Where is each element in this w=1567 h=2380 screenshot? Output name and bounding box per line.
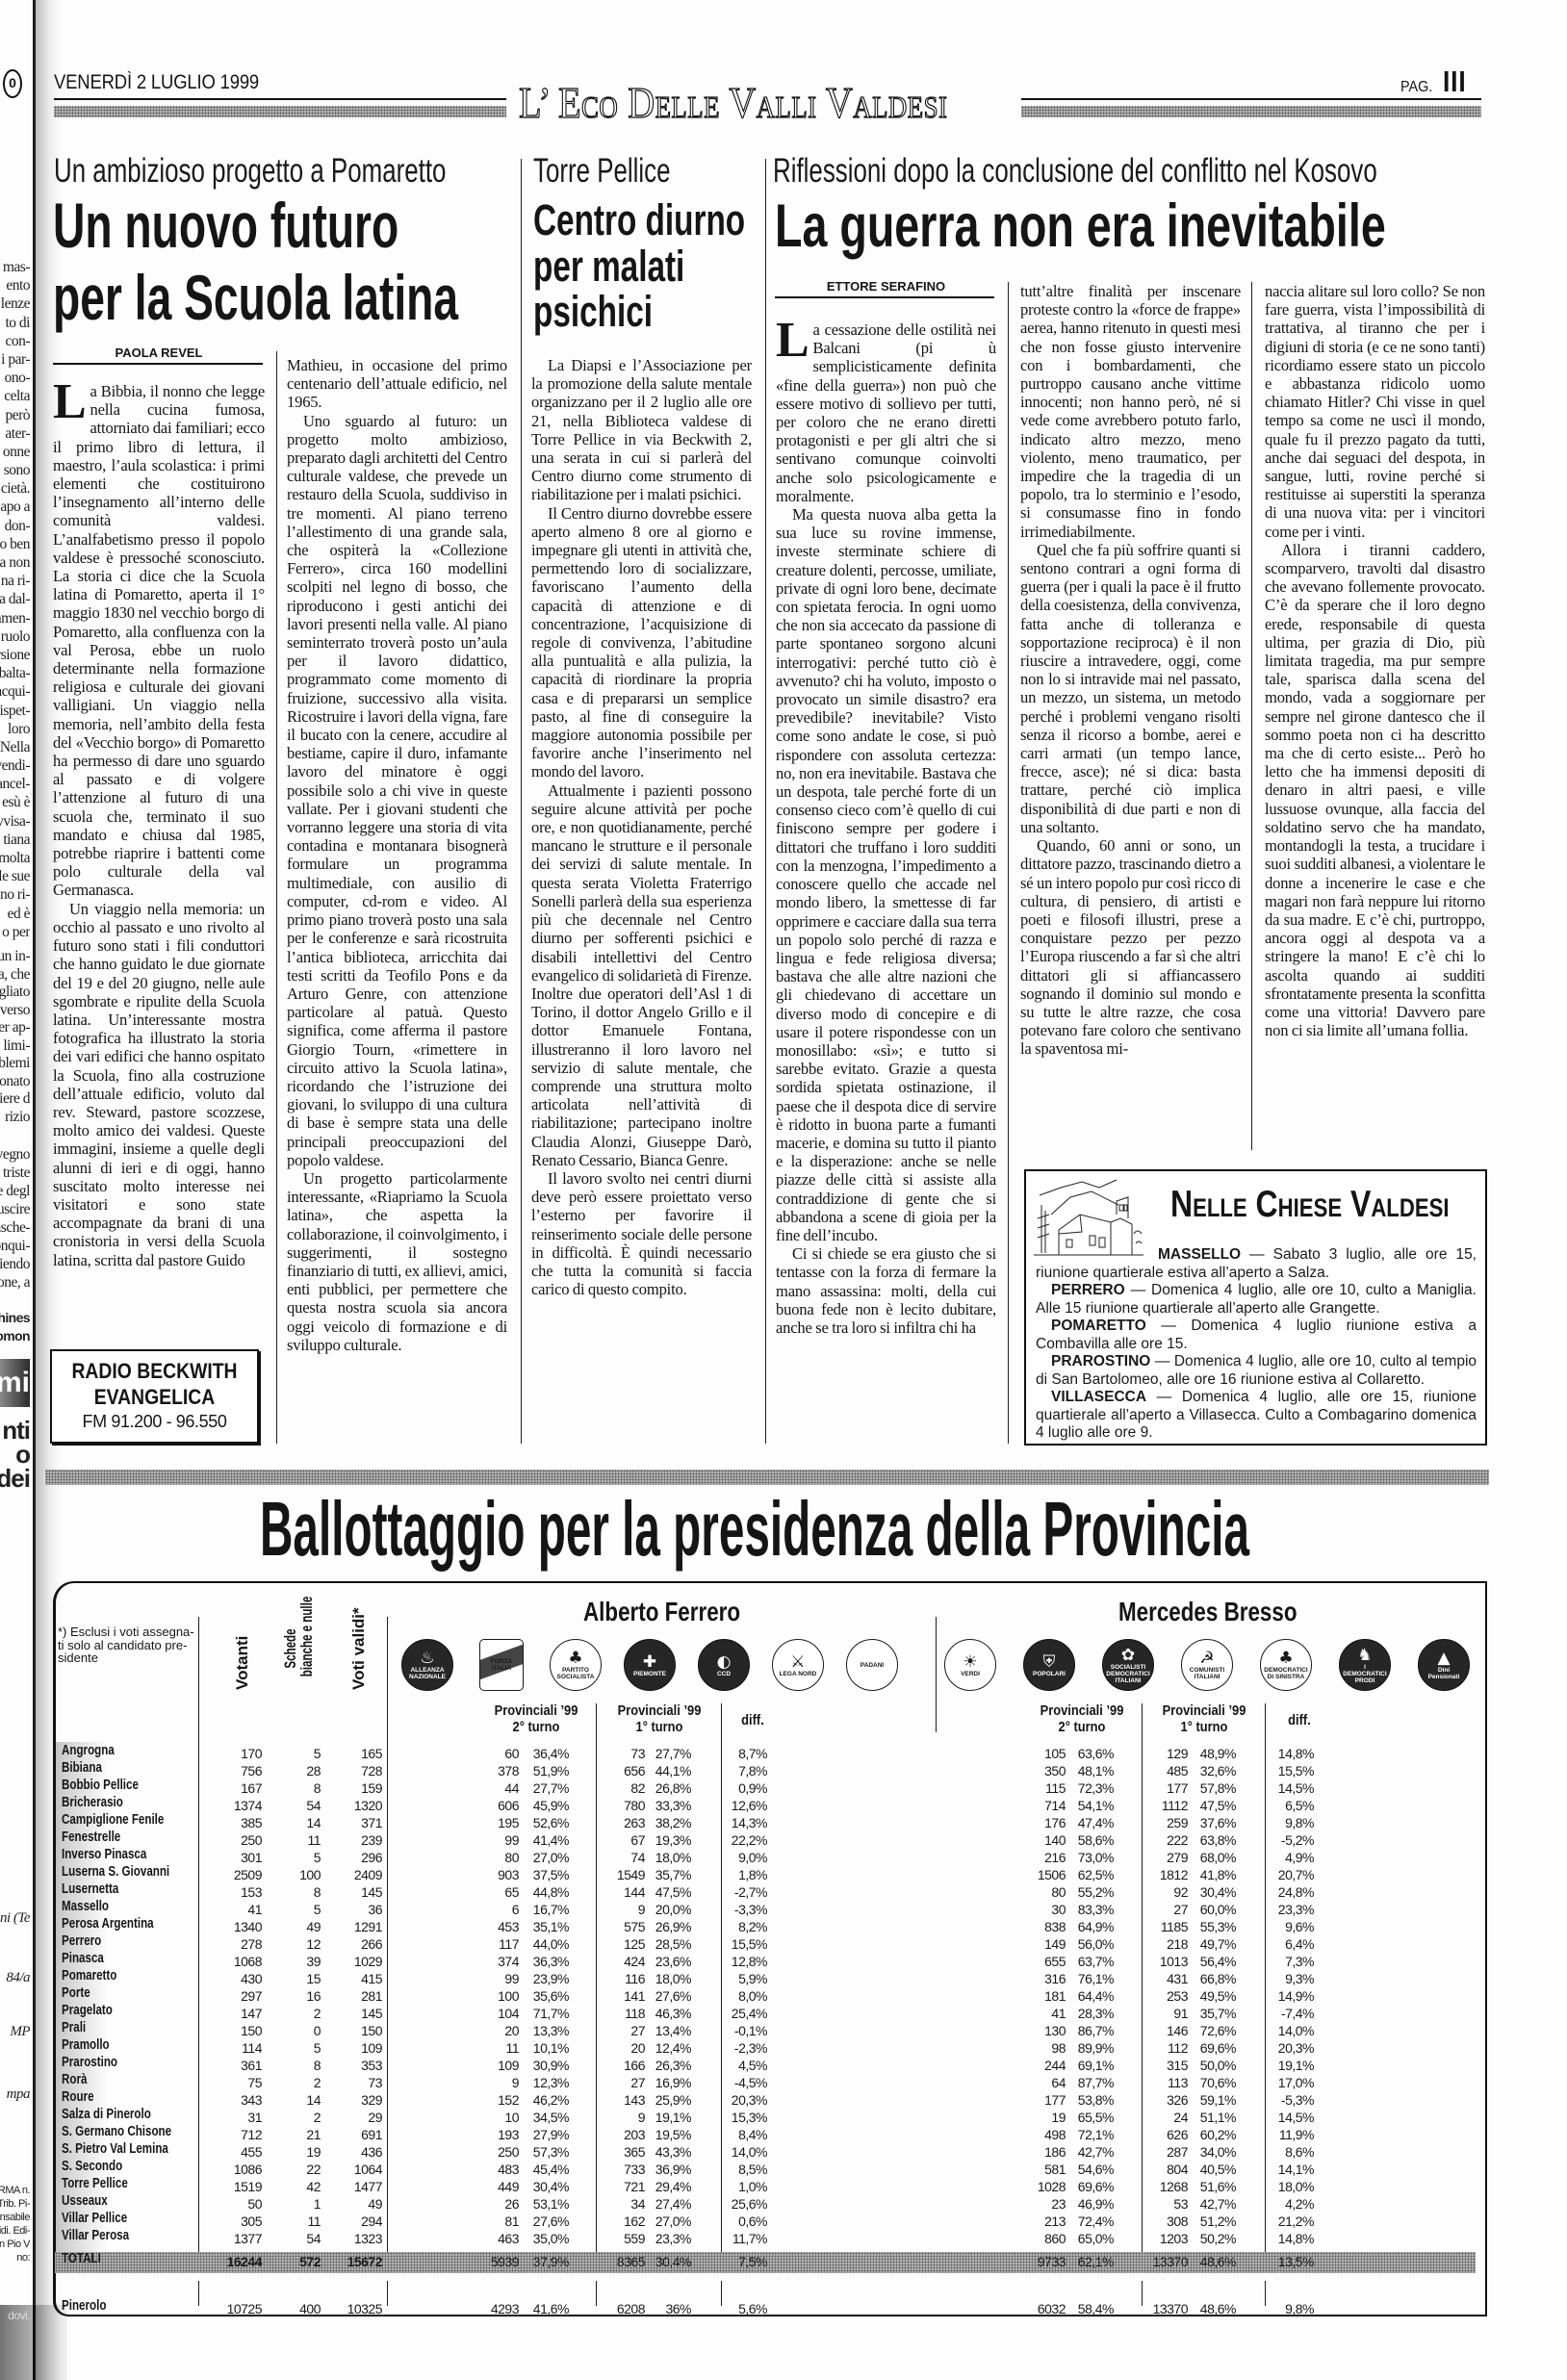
ferrero-diff-cell: 9,0% xyxy=(738,1849,767,1866)
ferrero-2nd-pct-cell: 57,3% xyxy=(533,2143,569,2161)
bresso-diff-cell: 20,7% xyxy=(1278,1866,1314,1883)
votanti-cell: 250 xyxy=(241,1831,262,1849)
bresso-2nd-votes-cell: 181 xyxy=(1044,1987,1066,2005)
bresso-2nd-pct-cell: 42,7% xyxy=(1078,2143,1114,2161)
ferrero-1st-pct-cell: 26,9% xyxy=(655,1918,691,1935)
bresso-1st-votes-cell: 804 xyxy=(1167,2161,1188,2178)
bresso-2nd-pct-cell: 69,6% xyxy=(1078,2178,1114,2195)
ferrero-1st-pct-cell: 20,0% xyxy=(655,1901,691,1918)
bresso-2nd-pct-cell: 55,2% xyxy=(1078,1883,1114,1901)
bresso-2nd-pct-cell: 54,6% xyxy=(1078,2161,1114,2178)
column-divider xyxy=(521,159,522,1444)
comune-name: Usseaux xyxy=(62,2192,108,2210)
voti-validi-cell: 436 xyxy=(361,2143,382,2161)
votanti-cell: 114 xyxy=(242,2039,262,2057)
schede-cell: 39 xyxy=(306,1953,321,1970)
ferrero-diff-cell: 8,5% xyxy=(738,2161,767,2178)
table-row: Pinasca 1068 39 1029 374 36,3% 424 23,6%… xyxy=(0,1953,1567,1970)
ferrero-2nd-votes-cell: 11 xyxy=(505,2039,519,2057)
bresso-1st-votes-cell: 279 xyxy=(1167,1849,1188,1866)
bresso-1st-pct-cell: 34,0% xyxy=(1200,2143,1236,2161)
masthead-title: L’ Eco Delle Valli Valdesi xyxy=(519,79,947,127)
voti-validi-cell: 1477 xyxy=(354,2178,382,2195)
ferrero-1st-votes-cell: 365 xyxy=(624,2143,645,2161)
ferrero-1st-votes-cell: 6208 xyxy=(617,2300,645,2317)
header-halftone-bar-right xyxy=(1021,106,1481,117)
bresso-diff-cell: 14,8% xyxy=(1278,1745,1314,1762)
bresso-1st-pct-cell: 68,0% xyxy=(1200,1849,1236,1866)
schede-cell: 11 xyxy=(307,1831,321,1849)
party-logo-label: ALLEANZA NAZIONALE xyxy=(405,1667,450,1680)
bresso-1st-pct-cell: 48,6% xyxy=(1200,2253,1236,2270)
ferrero-2nd-pct-cell: 44,0% xyxy=(533,1935,569,1953)
ferrero-1st-pct-cell: 30,4% xyxy=(655,2253,691,2270)
party-symbol-icon: ◐ xyxy=(717,1653,732,1671)
header-votanti-label: Votanti xyxy=(234,1607,251,1690)
ferrero-1st-pct-cell: 46,3% xyxy=(655,2005,691,2022)
ferrero-diff-cell: 12,8% xyxy=(732,1953,767,1970)
ferrero-1st-votes-cell: 125 xyxy=(624,1935,645,1953)
subhead-line: Provinciali ’99 xyxy=(482,1702,590,1719)
bresso-diff-cell: 21,2% xyxy=(1278,2213,1314,2230)
bresso-2nd-pct-cell: 89,9% xyxy=(1078,2039,1114,2057)
bresso-diff-cell: 14,5% xyxy=(1278,1779,1314,1797)
bresso-diff-cell: -5,2% xyxy=(1281,1831,1314,1849)
ferrero-2nd-pct-cell: 10,1% xyxy=(533,2039,569,2057)
voti-validi-cell: 329 xyxy=(361,2091,382,2109)
ferrero-2nd-votes-cell: 152 xyxy=(498,2091,519,2109)
schede-cell: 54 xyxy=(306,1797,321,1814)
ferrero-1st-votes-cell: 118 xyxy=(625,2005,645,2022)
bresso-diff-cell: 13,5% xyxy=(1278,2253,1314,2270)
table-footnote: *) Esclusi i voti assegna- ti solo al ca… xyxy=(58,1625,194,1665)
schede-cell: 572 xyxy=(299,2253,321,2270)
bresso-diff-cell: -7,4% xyxy=(1281,2005,1314,2022)
ferrero-diff-cell: 0,9% xyxy=(738,1779,767,1797)
bresso-diff-cell: 15,5% xyxy=(1278,1762,1314,1779)
ferrero-2nd-votes-cell: 449 xyxy=(498,2178,519,2195)
ferrero-1st-pct-cell: 44,1% xyxy=(655,1762,691,1779)
ferrero-party-logos: ♨ALLEANZA NAZIONALEFORZA ITALIA♣PARTITO … xyxy=(401,1639,898,1691)
ferrero-1st-pct-cell: 26,3% xyxy=(655,2057,691,2074)
bresso-1st-pct-cell: 50,0% xyxy=(1200,2057,1236,2074)
comune-name: Perrero xyxy=(62,1932,101,1950)
bresso-1st-pct-cell: 35,7% xyxy=(1200,2005,1236,2022)
ferrero-2nd-votes-cell: 109 xyxy=(498,2057,519,2074)
bresso-2nd-pct-cell: 46,9% xyxy=(1078,2195,1114,2213)
bresso-1st-pct-cell: 51,1% xyxy=(1200,2109,1236,2126)
bresso-1st-votes-cell: 485 xyxy=(1167,1762,1188,1779)
ferrero-2nd-votes-cell: 80 xyxy=(504,1849,519,1866)
comune-name: Angrogna xyxy=(62,1742,115,1759)
party-logo-label: LEGA NORD xyxy=(780,1671,817,1677)
ferrero-1st-pct-cell: 27,6% xyxy=(655,1987,691,2005)
column-divider xyxy=(1251,282,1252,1150)
table-row: S. Secondo 1086 22 1064 483 45,4% 733 36… xyxy=(0,2161,1567,2178)
scuola-column-2: Mathieu, in occasione del primo centenar… xyxy=(287,356,507,1446)
bresso-1st-pct-cell: 48,6% xyxy=(1200,2300,1236,2317)
ferrero-1st-pct-cell: 33,3% xyxy=(655,1797,691,1814)
ferrero-2nd-pct-cell: 53,1% xyxy=(533,2195,569,2213)
bresso-diff-cell: 9,8% xyxy=(1285,1814,1314,1831)
bresso-2nd-votes-cell: 64 xyxy=(1051,2074,1066,2091)
party-logo-label: COMUNISTI ITALIANI xyxy=(1185,1667,1229,1680)
bresso-2nd-pct-cell: 64,4% xyxy=(1078,1987,1114,2005)
ferrero-2nd-votes-cell: 100 xyxy=(498,1987,519,2005)
column-divider xyxy=(765,159,766,1444)
ferrero-1st-pct-cell: 19,1% xyxy=(655,2109,691,2126)
bresso-diff-cell: 9,3% xyxy=(1285,1970,1314,1987)
bresso-2nd-pct-cell: 86,7% xyxy=(1078,2022,1114,2039)
scuola-headline-line: Un nuovo futuro xyxy=(53,190,458,262)
ferrero-1st-pct-cell: 19,5% xyxy=(655,2126,691,2143)
bresso-2nd-votes-cell: 244 xyxy=(1044,2057,1066,2074)
paragraph: Ma questa nuova alba getta la sua luce s… xyxy=(776,505,996,1244)
church-event-place: VILLASECCA xyxy=(1051,1389,1146,1405)
votanti-cell: 1374 xyxy=(234,1797,262,1814)
nelle-chiese-valdesi-box: Nelle Chiese Valdesi MASSELLO — Sabato 3… xyxy=(1024,1169,1487,1446)
party-logo: ♣PARTITO SOCIALISTA xyxy=(550,1639,602,1691)
ferrero-2nd-votes-cell: 6 xyxy=(512,1901,519,1918)
ferrero-1st-pct-cell: 26,8% xyxy=(655,1779,691,1797)
bresso-2nd-votes-cell: 30 xyxy=(1051,1901,1066,1918)
ferrero-2nd-votes-cell: 65 xyxy=(504,1883,519,1901)
ferrero-2nd-pct-cell: 27,7% xyxy=(533,1779,569,1797)
bresso-2nd-votes-cell: 350 xyxy=(1044,1762,1066,1779)
bresso-1st-votes-cell: 53 xyxy=(1173,2195,1188,2213)
comune-name: Prarostino xyxy=(62,2054,117,2071)
bresso-1st-pct-cell: 32,6% xyxy=(1200,1762,1236,1779)
voti-validi-cell: 1320 xyxy=(354,1797,382,1814)
ferrero-2nd-pct-cell: 35,6% xyxy=(533,1987,569,2005)
ferrero-2nd-pct-cell: 35,1% xyxy=(533,1918,569,1935)
votanti-cell: 430 xyxy=(241,1970,262,1987)
party-logo: ♨ALLEANZA NAZIONALE xyxy=(401,1639,453,1691)
votanti-cell: 278 xyxy=(241,1935,262,1953)
paragraph: La Bibbia, il nonno che legge nella cuci… xyxy=(53,382,265,900)
table-row: Bricherasio 1374 54 1320 606 45,9% 780 3… xyxy=(0,1797,1567,1814)
ferrero-1st-votes-cell: 8365 xyxy=(617,2253,645,2270)
schede-cell: 21 xyxy=(306,2126,321,2143)
centro-headline-line: per malati xyxy=(533,243,745,290)
bresso-1st-votes-cell: 259 xyxy=(1167,1814,1188,1831)
party-logo-label: PARTITO SOCIALISTA xyxy=(553,1667,598,1680)
party-logo: ✚PIEMONTE xyxy=(624,1639,676,1691)
church-event: VILLASECCA — Domenica 4 luglio, alle ore… xyxy=(1036,1389,1477,1443)
schede-cell: 14 xyxy=(306,2091,321,2109)
centro-headline-line: Centro diurno xyxy=(533,197,745,243)
table-row: S. Pietro Val Lemina 455 19 436 250 57,3… xyxy=(0,2143,1567,2161)
ferrero-2nd-pct-cell: 12,3% xyxy=(533,2074,569,2091)
bresso-2nd-pct-cell: 62,1% xyxy=(1078,2253,1114,2270)
bresso-1st-votes-cell: 326 xyxy=(1167,2091,1188,2109)
ferrero-second-round-header: Provinciali ’99 2° turno xyxy=(474,1702,599,1735)
ferrero-1st-votes-cell: 74 xyxy=(630,1849,645,1866)
party-symbol-icon: ⚔ xyxy=(790,1653,805,1671)
party-logo-label: Dini Pensionati xyxy=(1422,1667,1466,1680)
party-logo-label: POPOLARI xyxy=(1033,1671,1066,1677)
table-row: Perosa Argentina 1340 49 1291 453 35,1% … xyxy=(0,1918,1567,1935)
table-row: Angrogna 170 5 165 60 36,4% 73 27,7% 8,7… xyxy=(0,1745,1567,1762)
ferrero-2nd-pct-cell: 13,3% xyxy=(533,2022,569,2039)
voti-validi-cell: 73 xyxy=(368,2074,382,2091)
bresso-2nd-votes-cell: 186 xyxy=(1044,2143,1066,2161)
votanti-cell: 147 xyxy=(241,2005,262,2022)
votanti-cell: 75 xyxy=(247,2074,262,2091)
schede-cell: 15 xyxy=(306,1970,321,1987)
bresso-1st-pct-cell: 69,6% xyxy=(1200,2039,1236,2057)
ferrero-diff-cell: 8,4% xyxy=(738,2126,767,2143)
comune-name: Campiglione Fenile xyxy=(62,1811,164,1829)
bresso-2nd-votes-cell: 140 xyxy=(1044,1831,1066,1849)
votanti-cell: 16244 xyxy=(227,2253,262,2270)
ferrero-1st-pct-cell: 16,9% xyxy=(655,2074,691,2091)
bresso-2nd-votes-cell: 115 xyxy=(1045,1779,1066,1797)
ferrero-1st-pct-cell: 35,7% xyxy=(655,1866,691,1883)
voti-validi-cell: 266 xyxy=(361,1935,382,1953)
ferrero-1st-votes-cell: 73 xyxy=(630,1745,645,1762)
voti-validi-cell: 415 xyxy=(361,1970,382,1987)
bresso-diff-cell: 14,1% xyxy=(1278,2161,1314,2178)
ferrero-diff-cell: 8,7% xyxy=(738,1745,767,1762)
bresso-2nd-pct-cell: 73,0% xyxy=(1078,1849,1114,1866)
ferrero-diff-cell: 1,0% xyxy=(738,2178,767,2195)
subhead-line: diff. xyxy=(699,1712,807,1728)
voti-validi-cell: 36 xyxy=(368,1901,382,1918)
table-row: Pomaretto 430 15 415 99 23,9% 116 18,0% … xyxy=(0,1970,1567,1987)
ferrero-1st-votes-cell: 143 xyxy=(624,2091,645,2109)
votanti-cell: 41 xyxy=(247,1901,262,1918)
ferrero-diff-cell: 20,3% xyxy=(732,2091,767,2109)
bresso-second-round-header: Provinciali ’99 2° turno xyxy=(1019,1702,1144,1735)
comune-name: Inverso Pinasca xyxy=(62,1846,146,1863)
voti-validi-cell: 165 xyxy=(361,1745,382,1762)
ferrero-1st-votes-cell: 656 xyxy=(624,1762,645,1779)
party-logo: ♣DEMOCRATICI DI SINISTRA xyxy=(1260,1639,1312,1691)
ferrero-2nd-pct-cell: 23,9% xyxy=(533,1970,569,1987)
ferrero-1st-votes-cell: 20 xyxy=(630,2039,645,2057)
table-row: Rorà 75 2 73 9 12,3% 27 16,9% -4,5% 64 8… xyxy=(0,2074,1567,2091)
kosovo-headline: La guerra non era inevitabile xyxy=(775,192,1386,260)
bresso-diff-cell: -5,3% xyxy=(1281,2091,1314,2109)
ferrero-diff-cell: 12,6% xyxy=(732,1797,767,1814)
newspaper-page: 0 mas-entolenzeto dicon-i par-ono-celtap… xyxy=(0,0,1567,2380)
ferrero-2nd-votes-cell: 903 xyxy=(498,1866,519,1883)
bresso-2nd-votes-cell: 98 xyxy=(1051,2039,1066,2057)
ferrero-2nd-pct-cell: 27,6% xyxy=(533,2213,569,2230)
voti-validi-cell: 281 xyxy=(361,1987,382,2005)
party-logo: ▲Dini Pensionati xyxy=(1418,1639,1470,1691)
bresso-2nd-votes-cell: 80 xyxy=(1051,1883,1066,1901)
votanti-cell: 167 xyxy=(241,1779,262,1797)
bresso-2nd-pct-cell: 28,3% xyxy=(1078,2005,1114,2022)
table-row: Campiglione Fenile 385 14 371 195 52,6% … xyxy=(0,1814,1567,1831)
voti-validi-cell: 239 xyxy=(361,1831,382,1849)
radio-ad-subtitle: EVANGELICA xyxy=(64,1384,244,1410)
chiese-events-list: MASSELLO — Sabato 3 luglio, alle ore 15,… xyxy=(1036,1246,1477,1443)
bresso-2nd-votes-cell: 714 xyxy=(1044,1797,1066,1814)
bresso-1st-pct-cell: 55,3% xyxy=(1200,1918,1236,1935)
ferrero-1st-votes-cell: 67 xyxy=(630,1831,645,1849)
bresso-1st-pct-cell: 70,6% xyxy=(1200,2074,1236,2091)
chiese-title: Nelle Chiese Valdesi xyxy=(1170,1184,1450,1226)
comune-name: Torre Pellice xyxy=(62,2175,128,2192)
paragraph: Allora i tiranni caddero, scomparvero, t… xyxy=(1265,541,1485,1039)
bresso-2nd-votes-cell: 130 xyxy=(1044,2022,1066,2039)
bresso-2nd-pct-cell: 63,6% xyxy=(1078,1745,1114,1762)
ferrero-diff-cell: 25,4% xyxy=(732,2005,767,2022)
bresso-1st-votes-cell: 308 xyxy=(1167,2213,1188,2230)
bresso-diff-cell: 11,9% xyxy=(1279,2126,1314,2143)
table-row: Prali 150 0 150 20 13,3% 27 13,4% -0,1% … xyxy=(0,2022,1567,2039)
header-votanti: Votanti xyxy=(234,1607,251,1690)
section-halftone-bar xyxy=(45,1470,1489,1485)
ferrero-1st-pct-cell: 18,0% xyxy=(655,1849,691,1866)
ferrero-2nd-pct-cell: 45,9% xyxy=(533,1797,569,1814)
ferrero-2nd-votes-cell: 483 xyxy=(498,2161,519,2178)
party-logo: ⛨POPOLARI xyxy=(1023,1639,1075,1691)
bresso-2nd-pct-cell: 56,0% xyxy=(1078,1935,1114,1953)
ferrero-2nd-votes-cell: 453 xyxy=(498,1918,519,1935)
comune-name: Luserna S. Giovanni xyxy=(62,1863,169,1881)
ferrero-1st-votes-cell: 733 xyxy=(624,2161,645,2178)
party-logo-label: CCD xyxy=(717,1671,731,1677)
party-symbol-icon: ☀ xyxy=(963,1653,977,1671)
church-event-place: MASSELLO xyxy=(1158,1246,1241,1263)
bresso-diff-cell: 20,3% xyxy=(1278,2039,1314,2057)
ferrero-1st-pct-cell: 27,4% xyxy=(655,2195,691,2213)
bresso-1st-votes-cell: 13370 xyxy=(1153,2253,1188,2270)
ferrero-2nd-votes-cell: 4293 xyxy=(491,2300,519,2317)
votanti-cell: 712 xyxy=(241,2126,262,2143)
paragraph: Quel che fa più soffrire quanti si sento… xyxy=(1020,541,1241,836)
kosovo-kicker: Riflessioni dopo la conclusione del conf… xyxy=(773,152,1377,191)
ferrero-2nd-pct-cell: 16,7% xyxy=(533,1901,569,1918)
ferrero-diff-cell: 14,3% xyxy=(732,1814,767,1831)
votanti-cell: 305 xyxy=(241,2213,262,2230)
ferrero-2nd-pct-cell: 30,9% xyxy=(533,2057,569,2074)
radio-beckwith-ad: RADIO BECKWITH EVANGELICA FM 91.200 - 96… xyxy=(50,1349,259,1444)
schede-cell: 100 xyxy=(299,1866,321,1883)
bresso-1st-votes-cell: 92 xyxy=(1173,1883,1188,1901)
bresso-diff-cell: 8,6% xyxy=(1285,2143,1314,2161)
bresso-1st-pct-cell: 30,4% xyxy=(1200,1883,1236,1901)
ferrero-2nd-votes-cell: 193 xyxy=(498,2126,519,2143)
ferrero-diff-cell: 22,2% xyxy=(732,1831,767,1849)
schede-cell: 8 xyxy=(314,1779,321,1797)
party-symbol-icon: ♨ xyxy=(420,1650,434,1667)
ferrero-2nd-pct-cell: 41,4% xyxy=(533,1831,569,1849)
schede-cell: 11 xyxy=(307,2213,321,2230)
votanti-cell: 301 xyxy=(241,1849,262,1866)
schede-cell: 28 xyxy=(306,1762,321,1779)
bresso-party-logos: ☀VERDI⛨POPOLARI✿SOCIALISTI DEMOCRATICI I… xyxy=(944,1639,1470,1691)
voti-validi-cell: 10325 xyxy=(347,2300,382,2317)
ferrero-2nd-pct-cell: 37,9% xyxy=(533,2253,569,2270)
party-logo: ⚔LEGA NORD xyxy=(772,1639,824,1691)
party-logo: ◐CCD xyxy=(698,1639,750,1691)
ferrero-1st-pct-cell: 47,5% xyxy=(655,1883,691,1901)
votanti-cell: 361 xyxy=(241,2057,262,2074)
table-row: Perrero 278 12 266 117 44,0% 125 28,5% 1… xyxy=(0,1935,1567,1953)
ferrero-2nd-votes-cell: 378 xyxy=(498,1762,519,1779)
party-logo: FORZA ITALIA xyxy=(479,1639,524,1691)
bresso-1st-votes-cell: 1812 xyxy=(1160,1866,1188,1883)
votanti-cell: 1377 xyxy=(234,2230,262,2247)
ferrero-1st-votes-cell: 82 xyxy=(630,1779,645,1797)
ferrero-2nd-votes-cell: 44 xyxy=(504,1779,519,1797)
party-logo-label: PADANI xyxy=(861,1662,884,1669)
voti-validi-cell: 294 xyxy=(361,2213,382,2230)
candidate-ferrero-name: Alberto Ferrero xyxy=(583,1598,740,1626)
table-row: Porte 297 16 281 100 35,6% 141 27,6% 8,0… xyxy=(0,1987,1567,2005)
table-row: Bibiana 756 28 728 378 51,9% 656 44,1% 7… xyxy=(0,1762,1567,1779)
votanti-cell: 50 xyxy=(247,2195,262,2213)
party-logo-label: VERDI xyxy=(961,1671,980,1677)
bresso-1st-pct-cell: 48,9% xyxy=(1200,1745,1236,1762)
ferrero-2nd-pct-cell: 36,4% xyxy=(533,1745,569,1762)
voti-validi-cell: 1291 xyxy=(354,1918,382,1935)
bresso-2nd-pct-cell: 65,5% xyxy=(1078,2109,1114,2126)
comune-name: Pragelato xyxy=(62,2002,113,2019)
bresso-2nd-votes-cell: 838 xyxy=(1044,1918,1066,1935)
header-schede-line: Schede xyxy=(282,1621,298,1676)
ferrero-1st-pct-cell: 19,3% xyxy=(655,1831,691,1849)
bresso-diff-cell: 14,8% xyxy=(1278,2230,1314,2247)
header-schede-line: bianche e nulle xyxy=(298,1621,315,1676)
issue-date: VENERDÌ 2 LUGLIO 1999 xyxy=(54,71,259,94)
ferrero-2nd-votes-cell: 99 xyxy=(504,1831,519,1849)
table-row: Torre Pellice 1519 42 1477 449 30,4% 721… xyxy=(0,2178,1567,2195)
ferrero-2nd-votes-cell: 104 xyxy=(498,2005,519,2022)
ferrero-2nd-pct-cell: 27,9% xyxy=(533,2126,569,2143)
bresso-1st-votes-cell: 1185 xyxy=(1161,1918,1188,1935)
bresso-2nd-votes-cell: 860 xyxy=(1044,2230,1066,2247)
bresso-diff-cell: 4,9% xyxy=(1285,1849,1314,1866)
votanti-cell: 455 xyxy=(241,2143,262,2161)
table-row: Massello 41 5 36 6 16,7% 9 20,0% -3,3% 3… xyxy=(0,1901,1567,1918)
party-symbol-icon: ▲ xyxy=(1437,1650,1450,1667)
comune-name: S. Pietro Val Lemina xyxy=(62,2140,168,2158)
bresso-1st-votes-cell: 177 xyxy=(1167,1779,1188,1797)
party-logo-label: I DEMOCRATICI PRODI xyxy=(1343,1664,1387,1684)
footnote-line: *) Esclusi i voti assegna- xyxy=(58,1625,194,1639)
scuola-headline: Un nuovo futuro per la Scuola latina xyxy=(53,190,458,334)
ferrero-1st-votes-cell: 721 xyxy=(624,2178,645,2195)
votanti-cell: 1068 xyxy=(234,1953,262,1970)
bresso-2nd-pct-cell: 48,1% xyxy=(1078,1762,1114,1779)
table-row: Fenestrelle 250 11 239 99 41,4% 67 19,3%… xyxy=(0,1831,1567,1849)
bresso-2nd-pct-cell: 63,7% xyxy=(1078,1953,1114,1970)
subhead-line: diff. xyxy=(1246,1712,1353,1728)
paragraph: La Diapsi e l’Associazione per la promoz… xyxy=(531,356,752,504)
bresso-2nd-votes-cell: 1506 xyxy=(1038,1866,1066,1883)
paragraph: naccia alitare sul loro collo? Se non fa… xyxy=(1265,282,1485,541)
bresso-1st-pct-cell: 41,8% xyxy=(1200,1866,1236,1883)
pinerolo-row: Pinerolo 10725 400 10325 4293 41,6% 6208… xyxy=(0,2300,1567,2317)
paragraph: Il lavoro svolto nei centri diurni deve … xyxy=(531,1169,752,1298)
column-divider xyxy=(276,351,277,1444)
party-symbol-icon: ⛨ xyxy=(1043,1653,1056,1671)
comune-name: Roure xyxy=(62,2088,94,2106)
comune-name: Villar Pellice xyxy=(62,2210,127,2227)
ferrero-1st-votes-cell: 424 xyxy=(624,1953,645,1970)
comune-name: Lusernetta xyxy=(62,1881,118,1898)
ferrero-1st-pct-cell: 36,9% xyxy=(655,2161,691,2178)
header-rule-right xyxy=(1021,98,1481,100)
schede-cell: 5 xyxy=(314,2039,321,2057)
ferrero-diff-cell: -3,3% xyxy=(734,1901,767,1918)
